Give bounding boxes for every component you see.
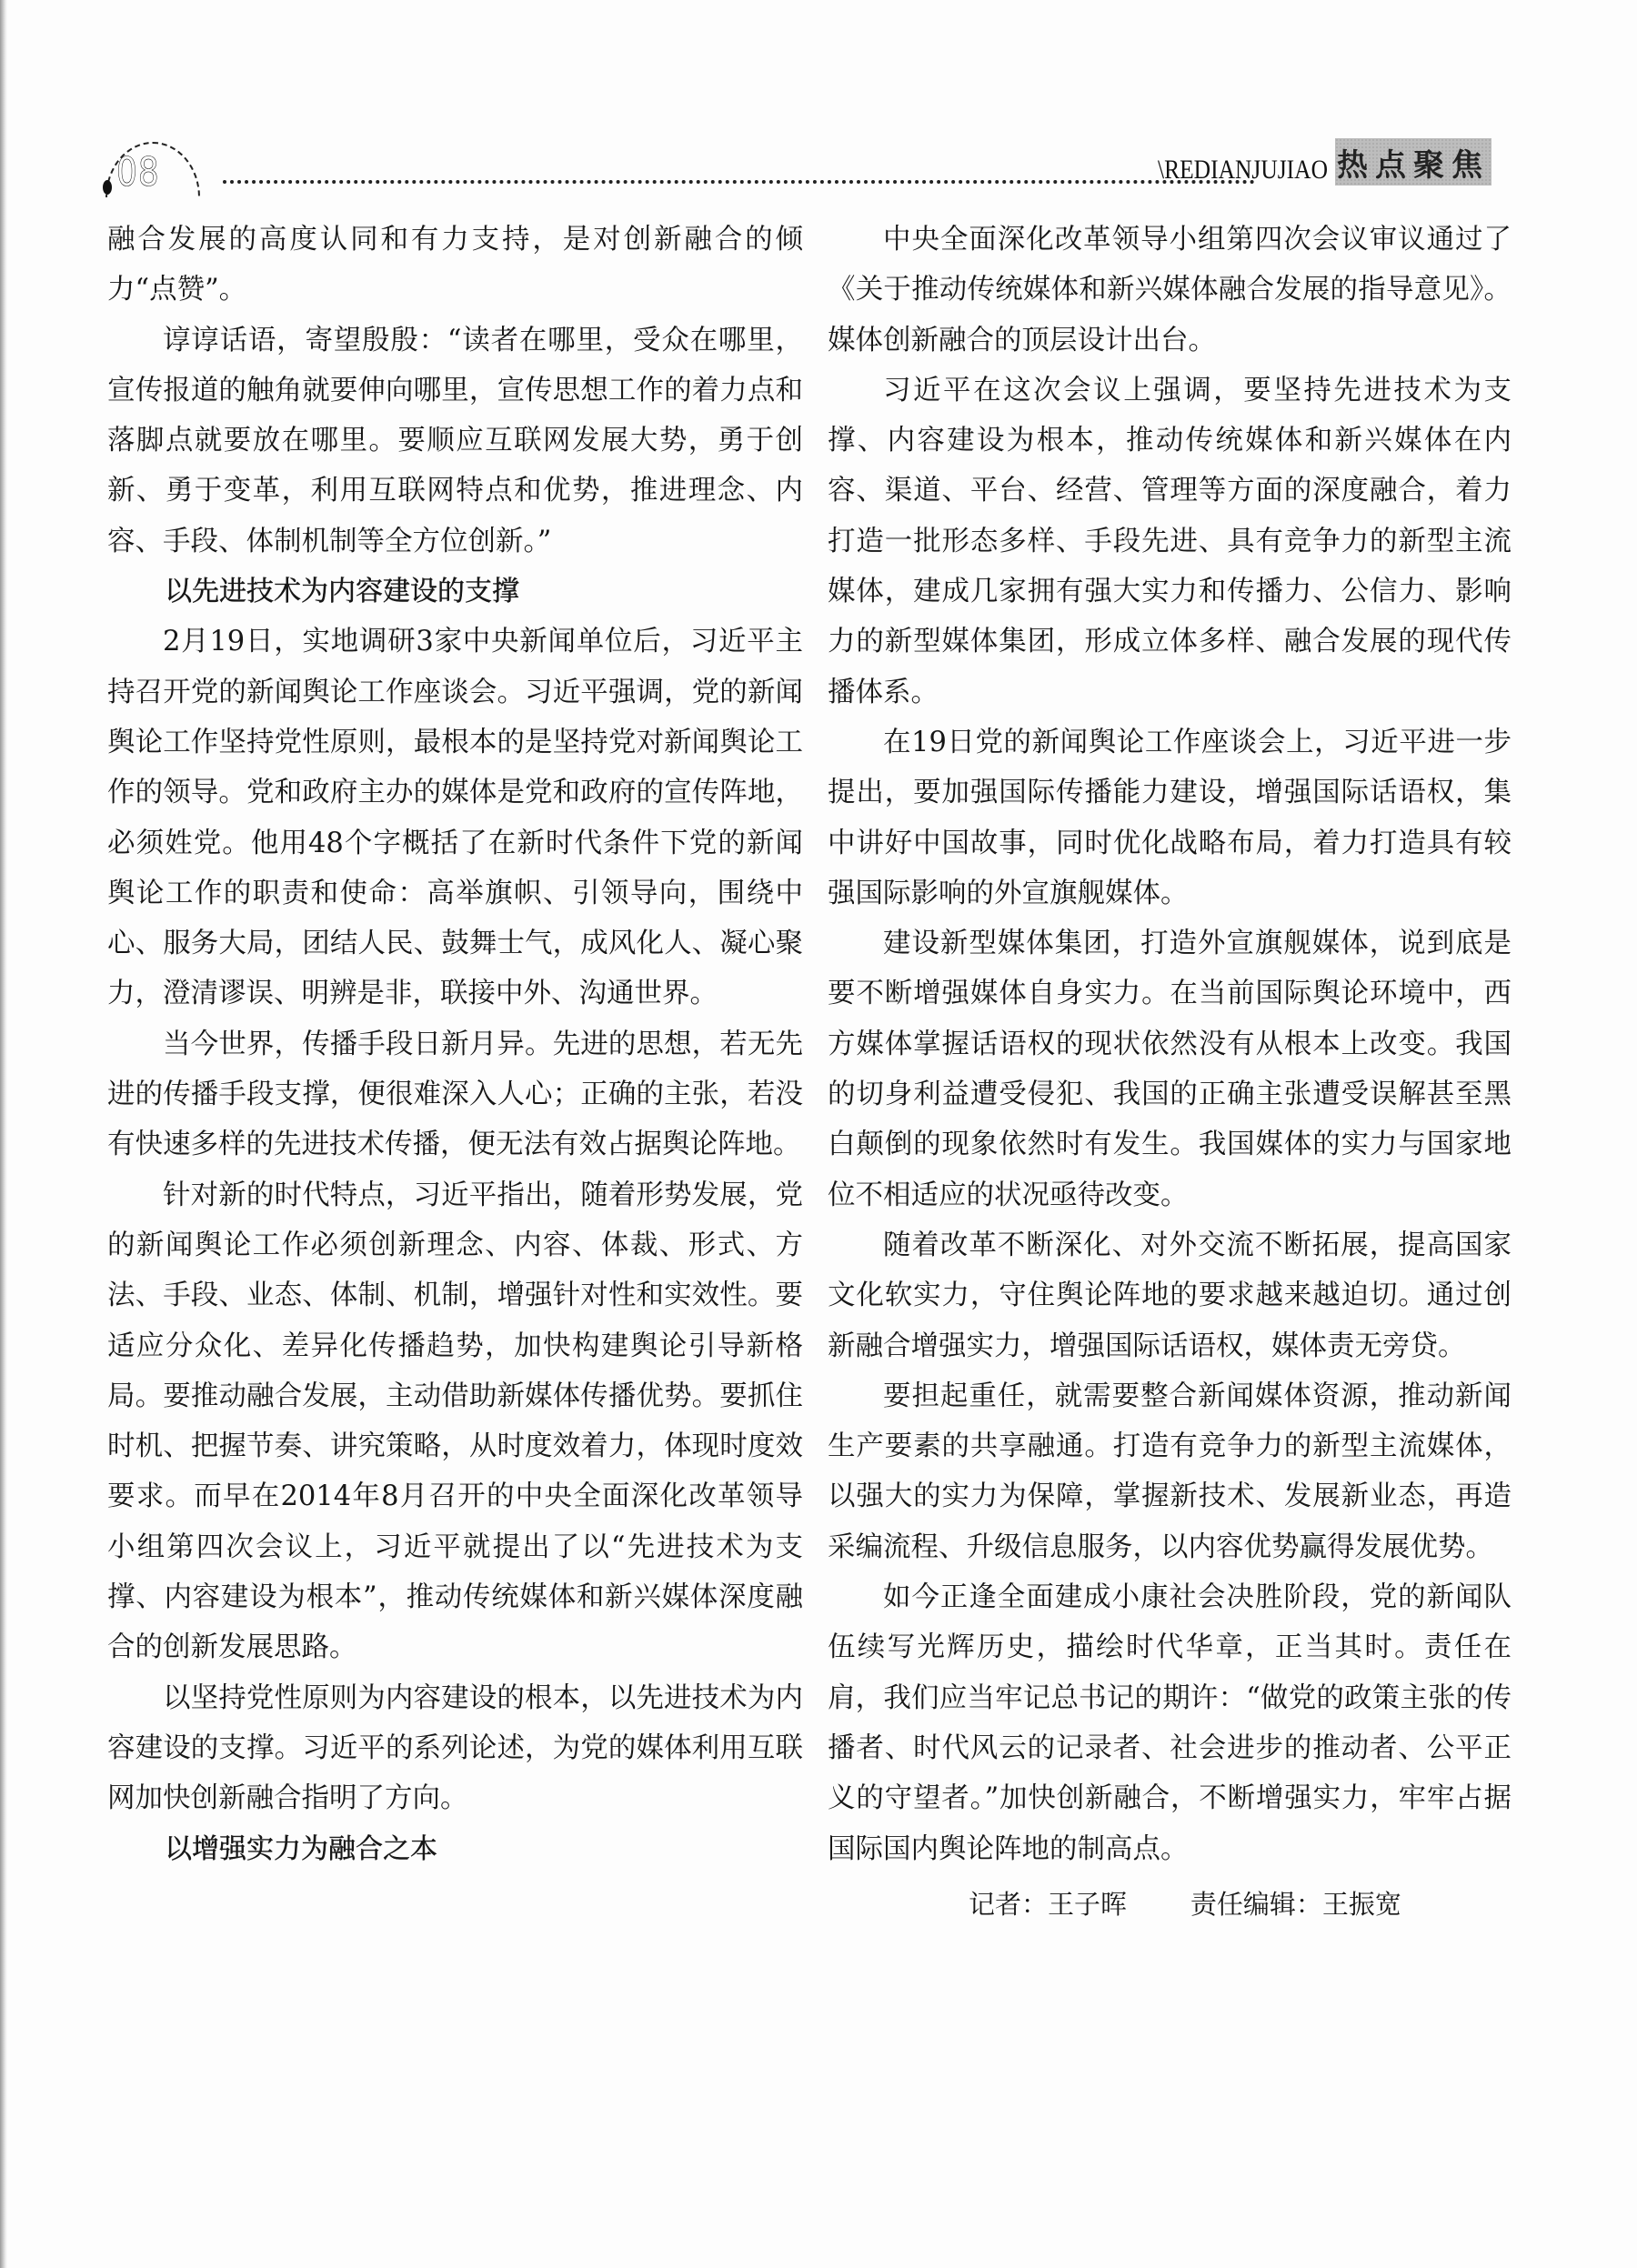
paragraph: 谆谆话语，寄望殷殷：“读者在哪里，受众在哪里，宣传报道的触角就要伸向哪里，宣传思… <box>107 316 803 567</box>
byline: 记者：王子晖 责任编辑：王振宽 <box>828 1880 1511 1930</box>
reporter-credit: 记者：王子晖 <box>969 1889 1127 1920</box>
page-header: 08 \REDIANJUJIAO 热点聚焦 <box>100 136 1491 200</box>
dot-icon <box>103 180 112 195</box>
dotted-leader-line <box>223 180 1255 184</box>
paragraph: 建设新型媒体集团，打造外宣旗舰媒体，说到底是要不断增强媒体自身实力。在当前国际舆… <box>828 918 1511 1220</box>
paragraph: 中央全面深化改革领导小组第四次会议审议通过了《关于推动传统媒体和新兴媒体融合发展… <box>828 215 1511 366</box>
section-title-box: 热点聚焦 <box>1335 138 1491 186</box>
paragraph: 如今正逢全面建成小康社会决胜阶段，党的新闻队伍续写光辉历史，描绘时代华章，正当其… <box>828 1572 1511 1874</box>
section-pinyin: \REDIANJUJIAO <box>1158 155 1328 186</box>
paragraph: 2月19日，实地调研3家中央新闻单位后，习近平主持召开党的新闻舆论工作座谈会。习… <box>107 617 803 1019</box>
paragraph: 要担起重任，就需要整合新闻媒体资源，推动新闻生产要素的共享融通。打造有竞争力的新… <box>828 1371 1511 1572</box>
magazine-page: 08 \REDIANJUJIAO 热点聚焦 融合发展的高度认同和有力支持，是对创… <box>0 0 1637 2268</box>
editor-credit: 责任编辑：王振宽 <box>1190 1889 1401 1920</box>
page-number-badge: 08 <box>100 136 209 200</box>
paragraph: 以坚持党性原则为内容建设的根本，以先进技术为内容建设的支撑。习近平的系列论述，为… <box>107 1673 803 1824</box>
section-title: 热点聚焦 <box>1337 140 1490 185</box>
paragraph: 融合发展的高度认同和有力支持，是对创新融合的倾力“点赞”。 <box>107 215 803 316</box>
paragraph: 在19日党的新闻舆论工作座谈会上，习近平进一步提出，要加强国际传播能力建设，增强… <box>828 718 1511 918</box>
paragraph: 习近平在这次会议上强调，要坚持先进技术为支撑、内容建设为根本，推动传统媒体和新兴… <box>828 366 1511 718</box>
left-column: 融合发展的高度认同和有力支持，是对创新融合的倾力“点赞”。 谆谆话语，寄望殷殷：… <box>107 215 803 1874</box>
paragraph: 随着改革不断深化、对外交流不断拓展，提高国家文化软实力，守住舆论阵地的要求越来越… <box>828 1220 1511 1371</box>
page-spine-shadow <box>0 0 7 2268</box>
subheading: 以增强实力为融合之本 <box>107 1824 803 1874</box>
paragraph: 针对新的时代特点，习近平指出，随着形势发展，党的新闻舆论工作必须创新理念、内容、… <box>107 1170 803 1673</box>
right-column: 中央全面深化改革领导小组第四次会议审议通过了《关于推动传统媒体和新兴媒体融合发展… <box>828 215 1511 1930</box>
paragraph: 当今世界，传播手段日新月异。先进的思想，若无先进的传播手段支撑，便很难深入人心；… <box>107 1019 803 1170</box>
page-number: 08 <box>116 151 160 195</box>
subheading: 以先进技术为内容建设的支撑 <box>107 567 803 617</box>
